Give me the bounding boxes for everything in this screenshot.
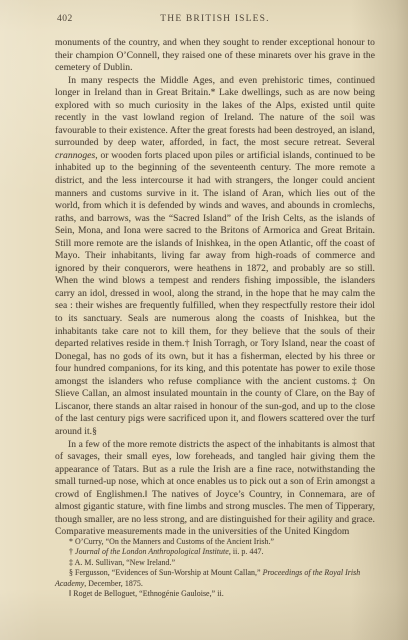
paragraph: In a few of the more remote districts th… [55,439,375,539]
text-segment: In many respects the Middle Ages, and ev… [55,75,375,149]
text-segment: , December, 1875. [84,579,143,588]
paragraph: In many respects the Middle Ages, and ev… [55,75,375,439]
text-segment: In a few of the more remote districts th… [55,439,375,538]
body-text: monuments of the country, and when they … [55,37,375,539]
text-segment: § Fergusson, “Evidences of Sun-Worship a… [69,568,263,577]
text-segment: monuments of the country, and when they … [55,37,375,73]
footnote: § Fergusson, “Evidences of Sun-Worship a… [55,568,377,589]
italic-text: Journal of the London Anthropological In… [75,547,229,556]
text-segment: , ii. p. 447. [229,547,264,556]
footnote: ‖ Roget de Belloguet, “Ethnogénie Gauloi… [55,589,377,599]
text-segment: , or wooden forts placed upon piles or a… [55,150,375,437]
text-segment: ‡ A. M. Sullivan, “New Ireland.” [69,558,175,567]
footnote: * O’Curry, “On the Manners and Customs o… [55,537,377,547]
page-header: 402 THE BRITISH ISLES. [55,14,375,28]
running-title: THE BRITISH ISLES. [55,14,375,24]
text-segment: ‖ Roget de Belloguet, “Ethnogénie Gauloi… [69,589,224,598]
italic-text: crannoges [55,150,95,161]
footnotes: * O’Curry, “On the Manners and Customs o… [55,537,377,599]
page-number: 402 [57,14,73,24]
paragraph: monuments of the country, and when they … [55,37,375,75]
footnote: † Journal of the London Anthropological … [55,547,377,557]
text-segment: * O’Curry, “On the Manners and Customs o… [69,537,274,546]
book-page: 402 THE BRITISH ISLES. monuments of the … [0,0,408,640]
footnote: ‡ A. M. Sullivan, “New Ireland.” [55,558,377,568]
